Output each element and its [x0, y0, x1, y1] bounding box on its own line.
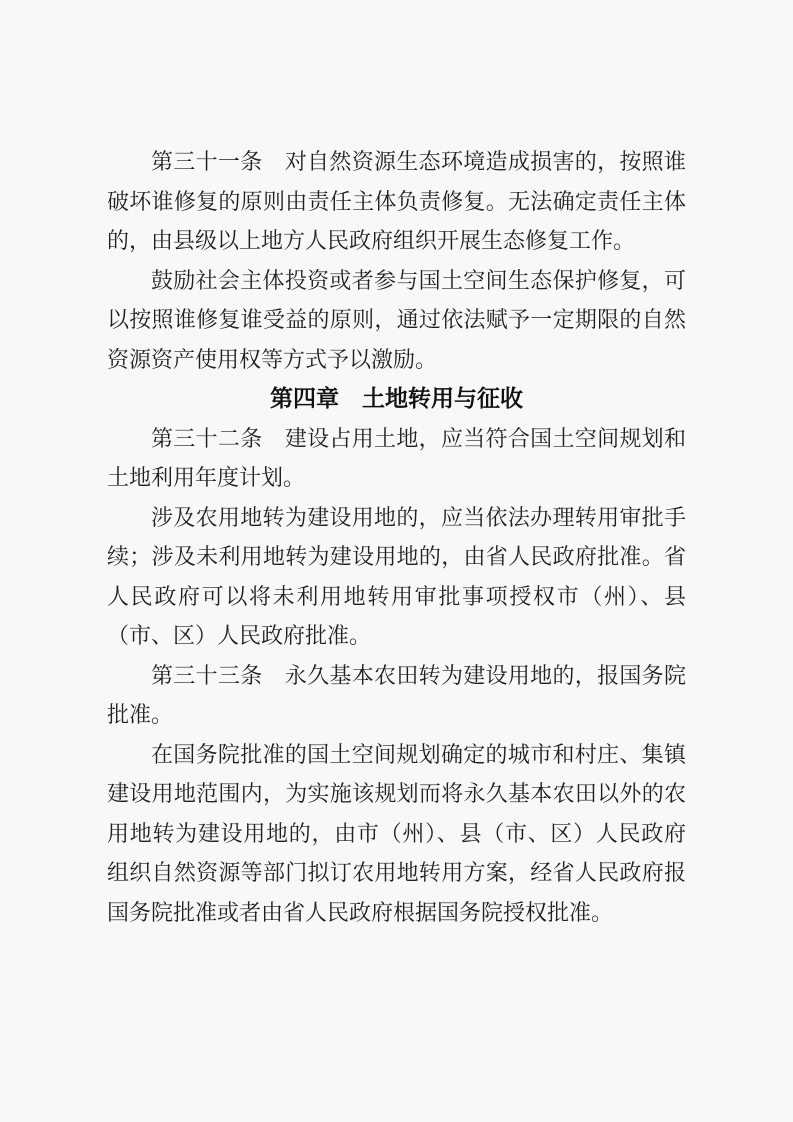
paragraph-conversion-approval: 涉及农用地转为建设用地的，应当依法办理转用审批手续；涉及未利用地转为建设用地的，… [107, 498, 686, 656]
paragraph-article-32: 第三十二条 建设占用土地，应当符合国土空间规划和土地利用年度计划。 [107, 419, 686, 498]
document-page: 第三十一条 对自然资源生态环境造成损害的，按照谁破坏谁修复的原则由责任主体负责修… [0, 0, 793, 1122]
document-content: 第三十一条 对自然资源生态环境造成损害的，按照谁破坏谁修复的原则由责任主体负责修… [107, 142, 686, 932]
chapter-heading: 第四章 土地转用与征收 [107, 379, 686, 419]
paragraph-farmland-conversion: 在国务院批准的国土空间规划确定的城市和村庄、集镇建设用地范围内，为实施该规划而将… [107, 735, 686, 933]
paragraph-restoration-incentive: 鼓励社会主体投资或者参与国土空间生态保护修复，可以按照谁修复谁受益的原则，通过依… [107, 261, 686, 380]
paragraph-article-31: 第三十一条 对自然资源生态环境造成损害的，按照谁破坏谁修复的原则由责任主体负责修… [107, 142, 686, 261]
paragraph-article-33: 第三十三条 永久基本农田转为建设用地的，报国务院批准。 [107, 656, 686, 735]
